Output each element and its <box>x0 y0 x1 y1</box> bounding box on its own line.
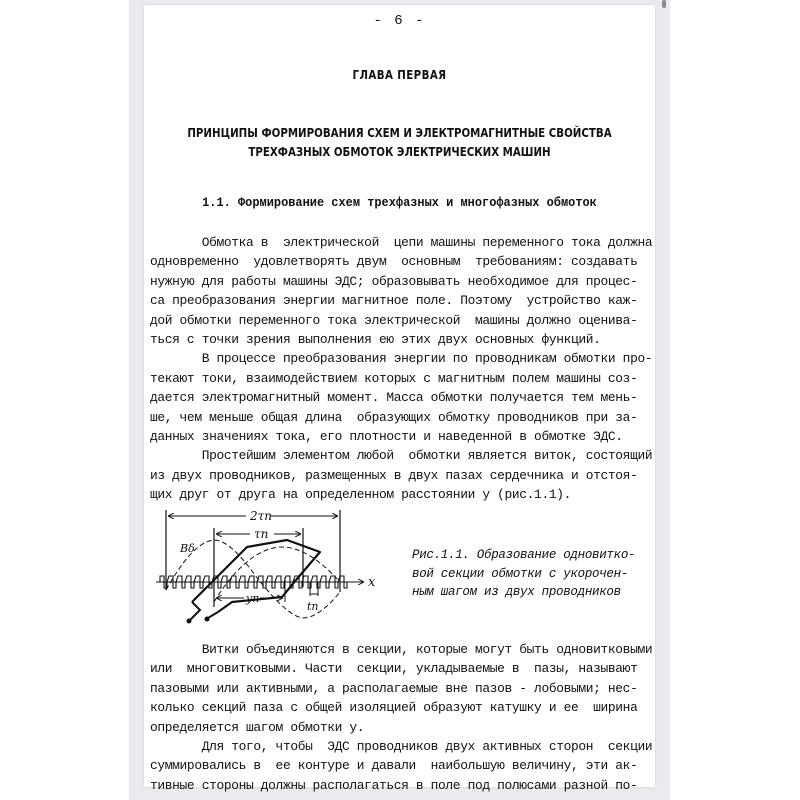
page-number: - 6 - <box>144 13 655 29</box>
label-t: tп <box>307 600 319 613</box>
text-line: са преобразования энергии магнитное поле… <box>150 291 650 310</box>
figure-caption-line: ным шагом из двух проводников <box>412 583 652 602</box>
text-line: текают токи, взаимодействием которых с м… <box>150 369 650 388</box>
text-line: Простейшим элементом любой обмотки являе… <box>150 446 650 465</box>
text-line: дой обмотки переменного тока электрическ… <box>150 311 650 330</box>
text-line: суммировались в ее контуре и давали наиб… <box>150 756 650 775</box>
text-line: колько секций паза с общей изоляцией обр… <box>150 698 650 717</box>
figure-caption-line: Рис.1.1. Образование одновитко- <box>412 546 652 565</box>
text-line: Для того, чтобы ЭДС проводников двух акт… <box>150 737 650 756</box>
scrollbar-thumb[interactable] <box>662 0 666 8</box>
text-line: данных значениях тока, его плотности и н… <box>150 427 650 446</box>
body-text-after-figure: Витки объединяются в секции, которые мог… <box>150 640 650 795</box>
text-line: определяется шагом обмотки y. <box>150 718 650 737</box>
text-line: ше, чем меньше общая длина образующих об… <box>150 408 650 427</box>
chapter-subtitle-line: ТРЕХФАЗНЫХ ОБМОТОК ЭЛЕКТРИЧЕСКИХ МАШИН <box>174 142 626 161</box>
text-line: нужную для работы машины ЭДС; образовыва… <box>150 272 650 291</box>
chapter-title: ГЛАВА ПЕРВАЯ <box>190 67 609 82</box>
text-line: или многовитковыми. Части секции, уклады… <box>150 659 650 678</box>
figure-caption: Рис.1.1. Образование одновитко- вой секц… <box>412 546 652 602</box>
text-line: ться с точки зрения выполнения ею этих д… <box>150 330 650 349</box>
text-line: дается электромагнитный момент. Масса об… <box>150 388 650 407</box>
section-title: 1.1. Формирование схем трехфазных и мног… <box>146 195 653 210</box>
text-line: В процессе преобразования энергии по про… <box>150 349 650 368</box>
chapter-subtitle: ПРИНЦИПЫ ФОРМИРОВАНИЯ СХЕМ И ЭЛЕКТРОМАГН… <box>174 123 626 161</box>
text-line: из двух проводников, размещенных в двух … <box>150 466 650 485</box>
label-tau: τп <box>254 527 268 541</box>
text-line: Витки объединяются в секции, которые мог… <box>150 640 650 659</box>
figure-caption-line: вой секции обмотки с укорочен- <box>412 565 652 584</box>
chapter-subtitle-line: ПРИНЦИПЫ ФОРМИРОВАНИЯ СХЕМ И ЭЛЕКТРОМАГН… <box>174 123 626 142</box>
body-text-before-figure: Обмотка в электрической цепи машины пере… <box>150 233 650 505</box>
label-x-axis: x <box>368 575 376 590</box>
document-page: - 6 - ГЛАВА ПЕРВАЯ ПРИНЦИПЫ ФОРМИРОВАНИЯ… <box>144 5 655 787</box>
text-line: тивные стороны должны располагаться в по… <box>150 776 650 795</box>
text-line: пазовыми или активными, а располагаемые … <box>150 679 650 698</box>
winding-diagram-figure: 2τп τп Bδ x yп tп <box>152 502 398 630</box>
text-line: одновременно удовлетворять двум основным… <box>150 252 650 271</box>
label-2tau: 2τп <box>249 509 272 523</box>
label-b-delta: Bδ <box>179 542 195 555</box>
label-y: yп <box>245 592 259 605</box>
text-line: Обмотка в электрической цепи машины пере… <box>150 233 650 252</box>
